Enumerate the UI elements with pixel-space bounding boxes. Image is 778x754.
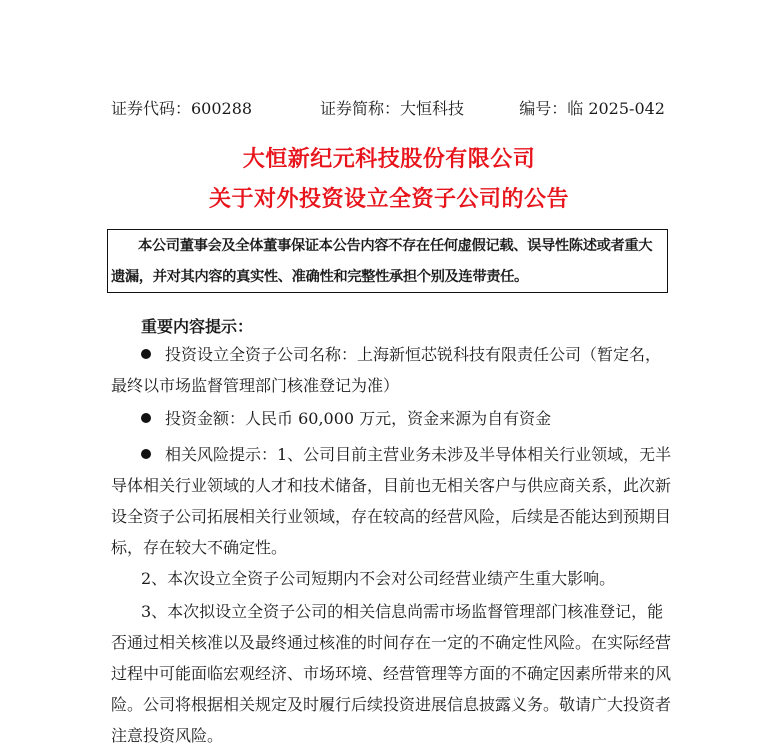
disclaimer-box: 本公司董事会及全体董事保证本公告内容不存在任何虚假记载、误导性陈述或者重大 遗漏…	[107, 229, 668, 293]
risk-text-line: 过程中可能面临宏观经济、市场环境、经营管理等方面的不确定因素所带来的风	[111, 662, 671, 686]
risk-text-line: 设全资子公司拓展相关行业领域，存在较高的经营风险，后续是否能达到预期目	[111, 505, 671, 529]
bullet-item-risk: 相关风险提示：1、公司目前主营业务未涉及半导体相关行业领域，无半	[141, 443, 671, 467]
bullet-item-investment-amount: 投资金额：人民币 60,000 万元，资金来源为自有资金	[141, 407, 551, 431]
bullet-icon	[141, 349, 151, 359]
disclaimer-line-1: 本公司董事会及全体董事保证本公告内容不存在任何虚假记载、误导性陈述或者重大	[138, 235, 652, 255]
disclaimer-line-2: 遗漏，并对其内容的真实性、准确性和完整性承担个别及连带责任。	[111, 266, 528, 286]
risk-item-3: 3、本次拟设立全资子公司的相关信息尚需市场监督管理部门核准登记，能	[141, 600, 663, 624]
stock-code: 证券代码：600288	[111, 97, 252, 121]
risk-text-line: 标，存在较大不确定性。	[111, 536, 287, 560]
risk-text-line: 注意投资风险。	[111, 724, 223, 748]
bullet-icon	[141, 449, 151, 459]
serial-number: 编号：临 2025-042	[519, 97, 665, 121]
risk-text-line: 导体相关行业领域的人才和技术储备，目前也无相关客户与供应商关系，此次新	[111, 474, 671, 498]
company-title: 大恒新纪元科技股份有限公司	[0, 142, 778, 173]
risk-text-line: 否通过相关核准以及最终通过核准的时间存在一定的不确定性风险。在实际经营	[111, 631, 671, 655]
highlights-heading: 重要内容提示：	[141, 315, 253, 339]
risk-text-line: 险。公司将根据相关规定及时履行后续投资进展信息披露义务。敬请广大投资者	[111, 693, 671, 717]
bullet-item-company-name: 投资设立全资子公司名称：上海新恒芯锐科技有限责任公司（暂定名，	[141, 343, 661, 367]
announcement-title: 关于对外投资设立全资子公司的公告	[0, 182, 778, 213]
document-header: 证券代码：600288 证券简称：大恒科技 编号：临 2025-042	[111, 97, 665, 121]
bullet-icon	[141, 413, 151, 423]
bullet-item-company-name-cont: 最终以市场监督管理部门核准登记为准）	[111, 374, 399, 398]
risk-item-2: 2、本次设立全资子公司短期内不会对公司经营业绩产生重大影响。	[141, 567, 615, 591]
stock-name: 证券简称：大恒科技	[320, 97, 464, 121]
